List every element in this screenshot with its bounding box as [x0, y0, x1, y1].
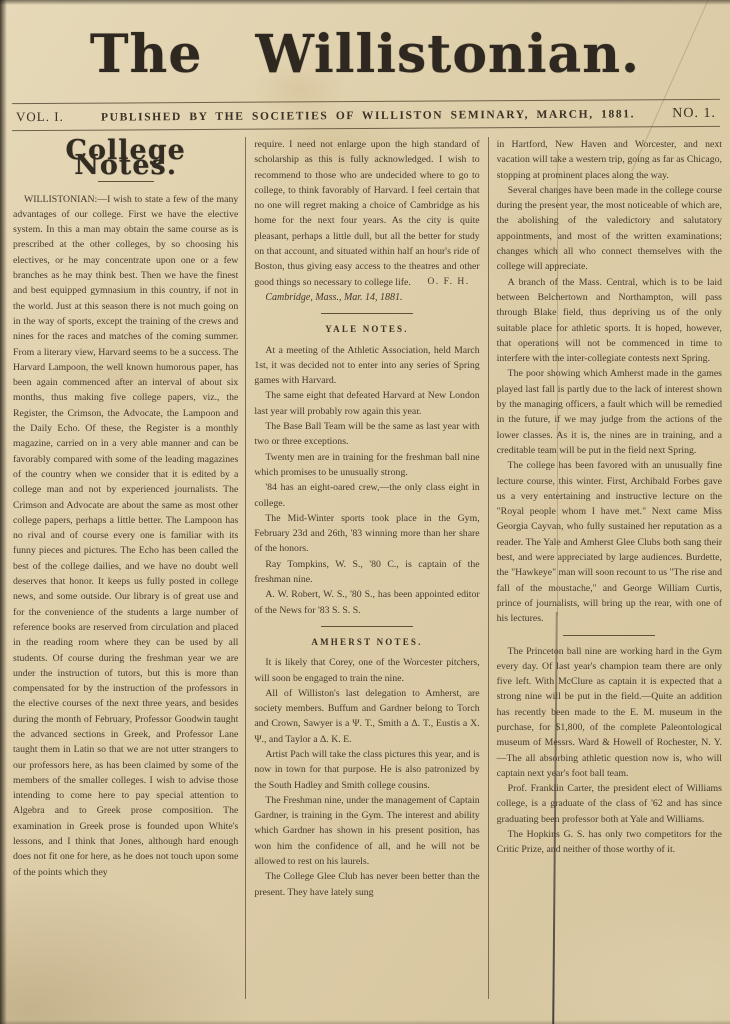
scan-edge-bottom [0, 1020, 730, 1024]
paragraph: The College Glee Club has never been bet… [254, 869, 479, 900]
fold-crease-upper [557, 150, 558, 615]
column-layout: College Notes. WILLISTONIAN:—I wish to s… [13, 137, 722, 999]
issue-number: NO. 1. [672, 106, 716, 122]
section-header-yale: YALE NOTES. [254, 322, 479, 337]
section-divider [321, 313, 413, 314]
masthead: The Willistonian. [0, 0, 730, 85]
paragraph: The Mid-Winter sports took place in the … [254, 511, 479, 557]
paragraph: The same eight that defeated Harvard at … [254, 388, 479, 419]
column-1-body: WILLISTONIAN:—I wish to state a few of t… [13, 192, 238, 880]
scan-edge-top [0, 0, 730, 5]
paragraph: A branch of the Mass. Central, which is … [497, 275, 722, 367]
paragraph: At a meeting of the Athletic Association… [254, 343, 479, 389]
paragraph: Prof. Franklin Carter, the president ele… [497, 781, 722, 827]
paragraph: Several changes have been made in the co… [497, 183, 722, 275]
place-date-line: Cambridge, Mass., Mar. 14, 1881. [254, 290, 479, 305]
column-3-bottom: The Princeton ball nine are working hard… [497, 644, 722, 858]
section-divider [563, 635, 655, 636]
paragraph: Twenty men are in training for the fresh… [254, 450, 479, 481]
section-header-amherst: AMHERST NOTES. [254, 635, 479, 650]
yale-notes-body: At a meeting of the Athletic Association… [254, 343, 479, 618]
masthead-title: The Willistonian. [0, 24, 730, 85]
paragraph: The Hopkins G. S. has only two competito… [497, 827, 722, 858]
column-heading: College Notes. [13, 143, 238, 174]
volume-label: VOL. I. [16, 109, 64, 125]
paragraph: A. W. Robert, W. S., '80 S., has been ap… [254, 587, 479, 618]
paragraph: Artist Pach will take the class pictures… [254, 747, 479, 793]
paragraph: The Base Ball Team will be the same as l… [254, 419, 479, 450]
paragraph: require. I need not enlarge upon the hig… [254, 137, 479, 290]
section-divider [321, 626, 413, 627]
paragraph: '84 has an eight-oared crew,—the only cl… [254, 480, 479, 511]
column-2-opening: require. I need not enlarge upon the hig… [254, 137, 479, 290]
amherst-notes-body: It is likely that Corey, one of the Worc… [254, 655, 479, 900]
paragraph: in Hartford, New Haven and Worcester, an… [497, 137, 722, 183]
column-3: in Hartford, New Haven and Worcester, an… [489, 137, 722, 999]
publisher-line: PUBLISHED BY THE SOCIETIES OF WILLISTON … [101, 108, 635, 123]
column-1: College Notes. WILLISTONIAN:—I wish to s… [13, 137, 245, 999]
paragraph: WILLISTONIAN:—I wish to state a few of t… [13, 192, 238, 880]
dateline-bar: VOL. I. PUBLISHED BY THE SOCIETIES OF WI… [12, 99, 720, 131]
paragraph: Ray Tompkins, W. S., '80 C., is captain … [254, 557, 479, 588]
column-2: require. I need not enlarge upon the hig… [245, 137, 488, 999]
scan-edge-left [0, 0, 7, 1024]
paragraph: The Princeton ball nine are working hard… [497, 644, 722, 782]
paragraph: All of Williston's last delegation to Am… [254, 686, 479, 747]
paragraph: It is likely that Corey, one of the Worc… [254, 655, 479, 686]
paragraph: The college has been favored with an unu… [497, 458, 722, 626]
newspaper-page: The Willistonian. VOL. I. PUBLISHED BY T… [0, 0, 730, 1024]
paragraph: The poor showing which Amherst made in t… [497, 366, 722, 458]
column-3-top: in Hartford, New Haven and Worcester, an… [497, 137, 722, 627]
paragraph: The Freshman nine, under the management … [254, 793, 479, 869]
